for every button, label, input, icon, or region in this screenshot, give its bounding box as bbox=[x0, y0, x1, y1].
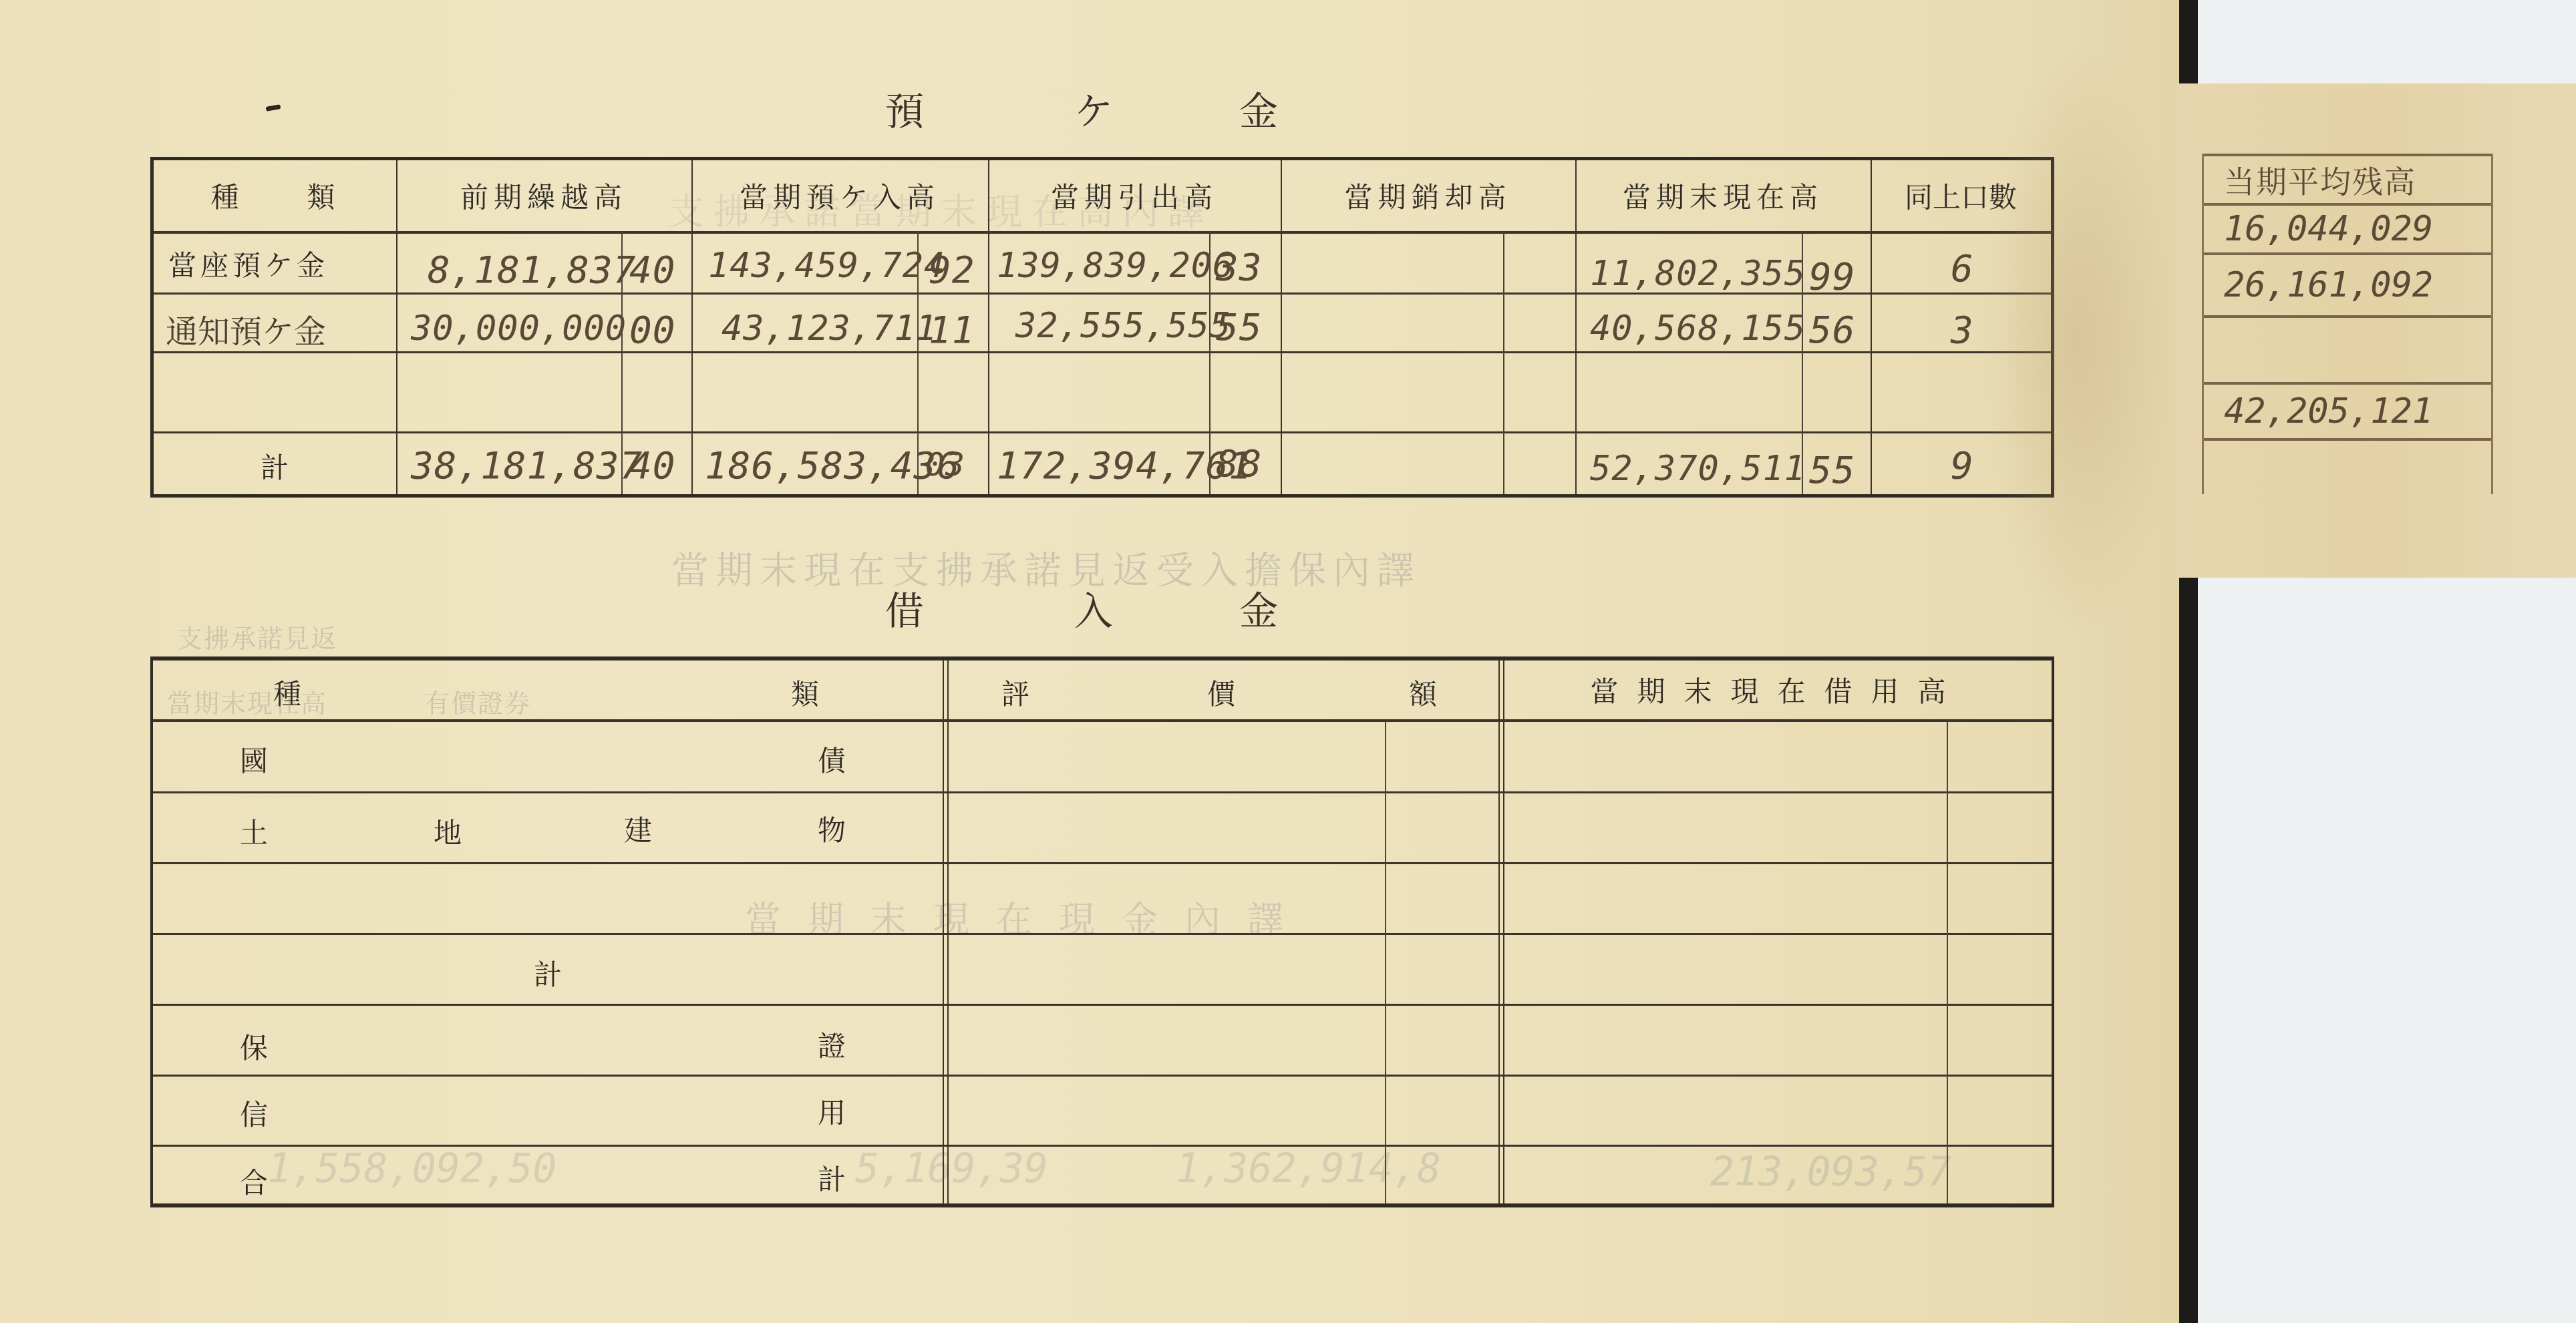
col-header-deposited: 當期預ケ入高 bbox=[691, 160, 988, 231]
row-divider bbox=[153, 933, 2052, 935]
ending-balance-sen: 55 bbox=[1809, 449, 1855, 492]
withdrawn: 139,839,206 bbox=[997, 246, 1234, 286]
row-label-char: 土 bbox=[240, 811, 268, 852]
deposits-title-char: 預 bbox=[885, 80, 924, 136]
accounts: 6 bbox=[1951, 247, 1974, 291]
accounts: 9 bbox=[1951, 444, 1974, 488]
col-header-ending-borrowed: 當期末現在借用高 bbox=[1503, 660, 2052, 719]
prev-balance: 38,181,837 bbox=[411, 444, 643, 488]
ink-mark bbox=[266, 104, 281, 112]
slip-bottom-line bbox=[2204, 438, 2491, 441]
row-label-char: 地 bbox=[434, 811, 462, 852]
ledger-page: 支拂承諾當期末現在高內譯 當期末現在支拂承諾見返受入擔保內譯 支拂承諾見返 當期… bbox=[0, 0, 2179, 1323]
deposits-title-char: ケ bbox=[1074, 80, 1113, 136]
withdrawn-sen: 33 bbox=[1216, 246, 1262, 289]
col-header-written-off: 當期銷却高 bbox=[1281, 160, 1575, 231]
slip-value bbox=[2204, 315, 2491, 382]
row-divider bbox=[154, 351, 2051, 353]
col-header-accounts: 同上口數 bbox=[1871, 160, 2051, 231]
col-header-valuation-char: 評 bbox=[1001, 673, 1029, 713]
row-label: 當座預ケ金 bbox=[168, 244, 329, 284]
col-header-ending-balance: 當期末現在高 bbox=[1575, 160, 1871, 231]
ending-balance: 40,568,155 bbox=[1590, 309, 1806, 349]
deposited: 43,123,711 bbox=[721, 309, 937, 349]
sen-divider bbox=[1947, 721, 1948, 1203]
borrowings-table: 種 類 評 價 額 當期末現在借用高 國 債 土 地 建 物 計 保 證 信 bbox=[150, 656, 2054, 1207]
header-divider bbox=[153, 719, 2052, 722]
withdrawn-sen: 88 bbox=[1216, 442, 1262, 486]
slip-value: 42,205,121 bbox=[2204, 382, 2491, 438]
deposits-title-char: 金 bbox=[1239, 80, 1278, 136]
prev-balance-sen: 00 bbox=[629, 309, 675, 352]
col-divider bbox=[943, 660, 944, 1203]
row-label-char: 保 bbox=[240, 1026, 268, 1067]
row-label-char: 物 bbox=[818, 809, 846, 849]
col-header-withdrawn: 當期引出高 bbox=[988, 160, 1281, 231]
withdrawn-sen: 55 bbox=[1216, 306, 1262, 349]
bleed-through-col: 支拂承諾見返 bbox=[177, 618, 337, 654]
row-label-char: 計 bbox=[534, 953, 562, 993]
ending-balance: 11,802,355 bbox=[1590, 254, 1806, 294]
attached-slip: 当期平均残高 16,044,029 26,161,092 42,205,121 bbox=[2177, 83, 2576, 578]
col-header-type-right: 類 bbox=[791, 673, 819, 713]
row-label-char: 計 bbox=[818, 1158, 846, 1198]
prev-balance-sen: 40 bbox=[629, 444, 675, 488]
row-label-char: 國 bbox=[240, 739, 268, 779]
slip-value: 26,161,092 bbox=[2204, 252, 2491, 315]
col-divider bbox=[1498, 660, 1500, 1203]
slip-value: 16,044,029 bbox=[2204, 203, 2491, 252]
deposited-sen: 03 bbox=[925, 446, 965, 484]
prev-balance-sen: 40 bbox=[629, 248, 675, 292]
deposits-table: 種 類 前期繰越高 當期預ケ入高 當期引出高 當期銷却高 當期末現在高 同上口數… bbox=[150, 157, 2054, 498]
prev-balance: 8,181,837 bbox=[428, 248, 636, 292]
ending-balance: 52,370,511 bbox=[1590, 449, 1806, 489]
deposited: 186,583,436 bbox=[705, 444, 960, 488]
header-divider bbox=[154, 231, 2051, 234]
withdrawn: 32,555,555 bbox=[1015, 306, 1231, 346]
row-divider bbox=[154, 431, 2051, 433]
average-balance-table: 当期平均残高 16,044,029 26,161,092 42,205,121 bbox=[2202, 154, 2493, 494]
col-header-valuation-char: 價 bbox=[1207, 673, 1235, 713]
sen-divider bbox=[1503, 232, 1504, 494]
col-header-valuation-char: 額 bbox=[1409, 673, 1437, 713]
col-header-type: 種 類 bbox=[154, 160, 396, 231]
col-divider bbox=[947, 660, 949, 1203]
borrowings-title-char: 入 bbox=[1074, 580, 1113, 636]
ending-balance-sen: 56 bbox=[1809, 309, 1855, 352]
sen-divider bbox=[1385, 721, 1386, 1203]
row-label-char: 建 bbox=[624, 809, 652, 849]
prev-balance: 30,000,000 bbox=[411, 309, 627, 349]
slip-header: 当期平均残高 bbox=[2204, 154, 2491, 203]
deposited: 143,459,724 bbox=[708, 246, 945, 286]
col-header-type-left: 種 bbox=[273, 673, 301, 713]
row-label-char: 用 bbox=[818, 1091, 846, 1131]
total-label: 計 bbox=[261, 446, 289, 486]
ending-balance-sen: 99 bbox=[1809, 255, 1855, 299]
row-label-char: 債 bbox=[818, 739, 846, 779]
row-divider bbox=[153, 791, 2052, 793]
col-header-prev-balance: 前期繰越高 bbox=[396, 160, 691, 231]
borrowings-title-char: 金 bbox=[1239, 580, 1278, 636]
deposited-sen: 11 bbox=[929, 309, 975, 352]
row-divider bbox=[153, 1004, 2052, 1006]
bleed-through-heading: 當期末現在支拂承諾見返受入擔保內譯 bbox=[671, 541, 1421, 594]
row-label-char: 證 bbox=[818, 1024, 846, 1065]
row-divider bbox=[153, 1075, 2052, 1077]
row-divider bbox=[153, 862, 2052, 864]
deposited-sen: 92 bbox=[929, 248, 975, 292]
borrowings-title-char: 借 bbox=[885, 580, 924, 636]
row-label-char: 信 bbox=[240, 1093, 268, 1133]
row-label-char: 合 bbox=[240, 1161, 268, 1201]
col-divider bbox=[1503, 660, 1504, 1203]
row-divider bbox=[153, 1145, 2052, 1147]
withdrawn: 172,394,761 bbox=[997, 444, 1252, 488]
accounts: 3 bbox=[1951, 309, 1974, 352]
row-label: 通知預ケ金 bbox=[166, 306, 326, 352]
